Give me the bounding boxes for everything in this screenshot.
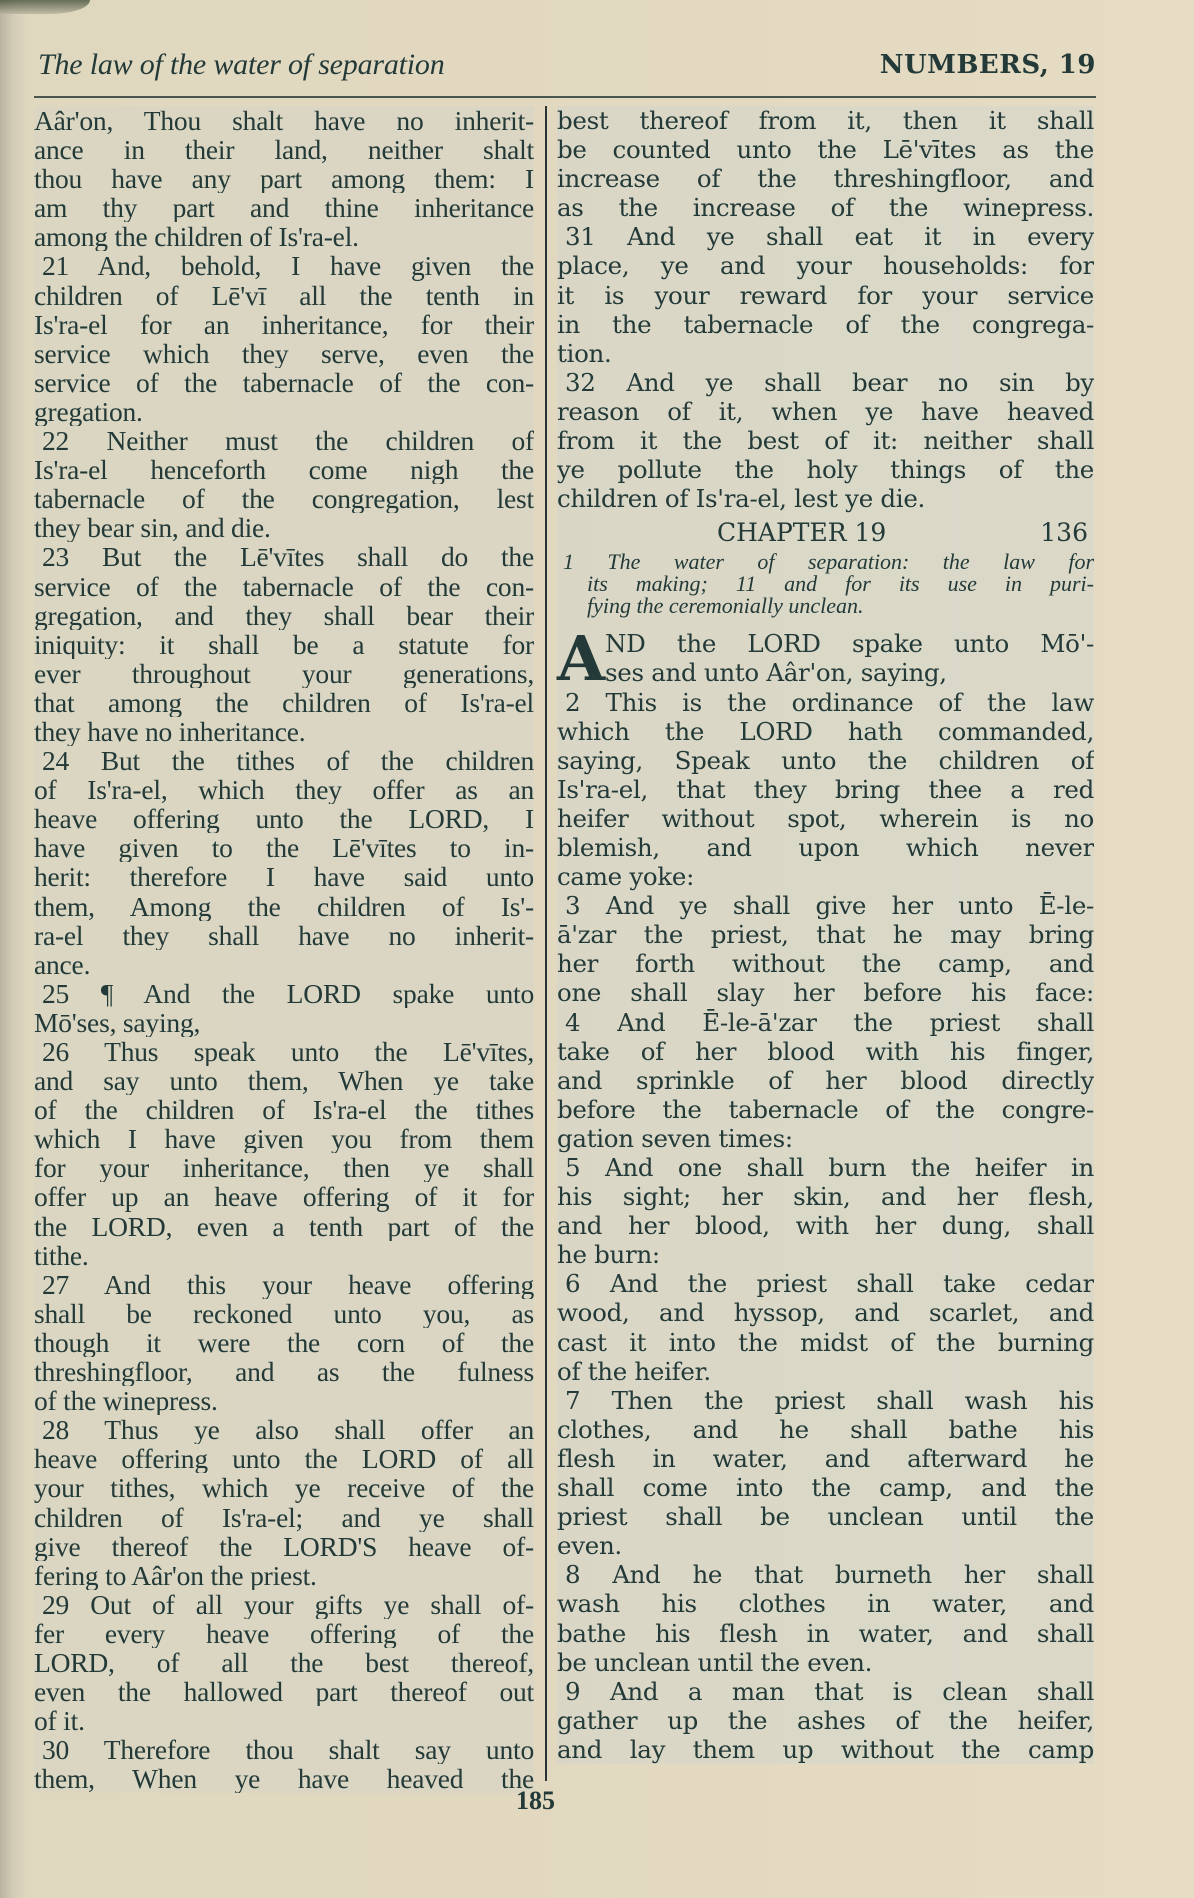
text-line: Aâr'on, Thou shalt have no inherit- xyxy=(34,106,534,135)
text-line: 8 And he that burneth her shall xyxy=(557,1560,1094,1589)
text-line: fer every heave offering of the xyxy=(34,1619,534,1648)
page-corner-shadow xyxy=(0,0,90,14)
text-line: and her blood, with her dung, shall xyxy=(557,1211,1094,1240)
text-line: 31 And ye shall eat it in every xyxy=(557,222,1094,251)
right-column: best thereof from it, then it shallbe co… xyxy=(557,106,1094,1764)
text-line: ance. xyxy=(34,950,534,979)
text-line: clothes, and he shall bathe his xyxy=(557,1415,1094,1444)
text-line: ra-el they shall have no inherit- xyxy=(34,921,534,950)
text-line: and sprinkle of her blood directly xyxy=(557,1066,1094,1095)
text-line: 4 And Ē-le-ā'zar the priest shall xyxy=(557,1008,1094,1037)
text-line: it is your reward for your service xyxy=(557,281,1094,310)
text-line: 2 This is the ordinance of the law xyxy=(557,688,1094,717)
opening-verse: A ND the LORD spake unto Mō'-ses and unt… xyxy=(557,629,1094,687)
text-line: they bear sin, and die. xyxy=(34,513,534,542)
text-line: give thereof the LORD'S heave of- xyxy=(34,1532,534,1561)
text-line: ses and unto Aâr'on, saying, xyxy=(557,658,1094,687)
text-line: them, When ye have heaved the xyxy=(34,1764,534,1793)
text-line: which the LORD hath commanded, xyxy=(557,717,1094,746)
text-line: in the tabernacle of the congrega- xyxy=(557,310,1094,339)
text-line: Is'ra-el, that they bring thee a red xyxy=(557,775,1094,804)
text-line: your tithes, which ye receive of the xyxy=(34,1473,534,1502)
text-line: gregation, and they shall bear their xyxy=(34,601,534,630)
text-line: saying, Speak unto the children of xyxy=(557,746,1094,775)
text-line: tabernacle of the congregation, lest xyxy=(34,484,534,513)
text-line: shall come into the camp, and the xyxy=(557,1473,1094,1502)
text-line: ye pollute the holy things of the xyxy=(557,455,1094,484)
text-line: Is'ra-el henceforth come nigh the xyxy=(34,455,534,484)
text-line: bathe his flesh in water, and shall xyxy=(557,1619,1094,1648)
text-line: service of the tabernacle of the con- xyxy=(34,368,534,397)
text-line: children of Lē'vī all the tenth in xyxy=(34,281,534,310)
text-line: 24 But the tithes of the children xyxy=(34,746,534,775)
text-line: have given to the Lē'vītes to in- xyxy=(34,833,534,862)
running-head-topic: The law of the water of separation xyxy=(38,48,445,82)
text-line: among the children of Is'ra-el. xyxy=(34,222,534,251)
text-line: he burn: xyxy=(557,1240,1094,1269)
text-line: 5 And one shall burn the heifer in xyxy=(557,1153,1094,1182)
text-line: be counted unto the Lē'vītes as the xyxy=(557,135,1094,164)
text-line: increase of the threshingfloor, and xyxy=(557,164,1094,193)
text-line: ND the LORD spake unto Mō'- xyxy=(557,629,1094,658)
text-line: shall be reckoned unto you, as xyxy=(34,1299,534,1328)
text-line: they have no inheritance. xyxy=(34,717,534,746)
drop-cap-lines: ND the LORD spake unto Mō'-ses and unto … xyxy=(557,629,1094,687)
text-line: 7 Then the priest shall wash his xyxy=(557,1386,1094,1415)
text-line: ā'zar the priest, that he may bring xyxy=(557,920,1094,949)
text-line: 29 Out of all your gifts ye shall of- xyxy=(34,1590,534,1619)
text-line: them, Among the children of Is'- xyxy=(34,892,534,921)
left-column: Aâr'on, Thou shalt have no inherit-ance … xyxy=(34,106,534,1793)
text-line: her forth without the camp, and xyxy=(557,949,1094,978)
text-line: before the tabernacle of the congre- xyxy=(557,1095,1094,1124)
text-line: 22 Neither must the children of xyxy=(34,426,534,455)
text-line: ance in their land, neither shalt xyxy=(34,135,534,164)
text-line: reason of it, when ye have heaved xyxy=(557,397,1094,426)
text-line: cast it into the midst of the burning xyxy=(557,1328,1094,1357)
chapter-page-ref: 136 xyxy=(1040,513,1088,553)
text-line: gather up the ashes of the heifer, xyxy=(557,1706,1094,1735)
text-line: of Is'ra-el, which they offer as an xyxy=(34,775,534,804)
text-line: 9 And a man that is clean shall xyxy=(557,1677,1094,1706)
text-line: flesh in water, and afterward he xyxy=(557,1444,1094,1473)
text-line: place, ye and your households: for xyxy=(557,251,1094,280)
drop-cap: A xyxy=(557,631,605,687)
text-line: of the children of Is'ra-el the tithes xyxy=(34,1095,534,1124)
text-line: am thy part and thine inheritance xyxy=(34,193,534,222)
chapter-title: CHAPTER 19 xyxy=(717,513,886,553)
text-line: gregation. xyxy=(34,397,534,426)
right-column-verses-ch18: best thereof from it, then it shallbe co… xyxy=(557,106,1094,513)
text-line: which I have given you from them xyxy=(34,1124,534,1153)
text-line: heave offering unto the LORD, I xyxy=(34,804,534,833)
text-line: best thereof from it, then it shall xyxy=(557,106,1094,135)
text-line: fering to Aâr'on the priest. xyxy=(34,1561,534,1590)
right-column-verses-ch19: 2 This is the ordinance of the lawwhich … xyxy=(557,688,1094,1764)
text-line: take of her blood with his finger, xyxy=(557,1037,1094,1066)
text-line: Is'ra-el for an inheritance, for their xyxy=(34,310,534,339)
text-line: LORD, of all the best thereof, xyxy=(34,1648,534,1677)
text-line: blemish, and upon which never xyxy=(557,833,1094,862)
text-line: wash his clothes in water, and xyxy=(557,1589,1094,1618)
text-line: 26 Thus speak unto the Lē'vītes, xyxy=(34,1037,534,1066)
text-line: 32 And ye shall bear no sin by xyxy=(557,368,1094,397)
text-line: his sight; her skin, and her flesh, xyxy=(557,1182,1094,1211)
text-line: 25 ¶ And the LORD spake unto xyxy=(34,979,534,1008)
text-line: came yoke: xyxy=(557,862,1094,891)
text-line: heifer without spot, wherein is no xyxy=(557,804,1094,833)
text-line: 28 Thus ye also shall offer an xyxy=(34,1415,534,1444)
chapter-summary: 1 The water of separation: the law forit… xyxy=(557,551,1094,617)
text-line: Mō'ses, saying, xyxy=(34,1008,534,1037)
text-line: of it. xyxy=(34,1706,534,1735)
text-line: and lay them up without the camp xyxy=(557,1735,1094,1764)
text-line: its making; 11 and for its use in puri- xyxy=(563,573,1094,595)
text-line: even the hallowed part thereof out xyxy=(34,1677,534,1706)
text-line: 23 But the Lē'vītes shall do the xyxy=(34,542,534,571)
text-line: priest shall be unclean until the xyxy=(557,1502,1094,1531)
text-line: thou have any part among them: I xyxy=(34,164,534,193)
text-line: and say unto them, When ye take xyxy=(34,1066,534,1095)
text-line: that among the children of Is'ra-el xyxy=(34,688,534,717)
text-line: of the heifer. xyxy=(557,1357,1094,1386)
text-line: iniquity: it shall be a statute for xyxy=(34,630,534,659)
text-line: heave offering unto the LORD of all xyxy=(34,1444,534,1473)
header-rule xyxy=(34,96,1096,98)
text-line: of the winepress. xyxy=(34,1386,534,1415)
text-line: the LORD, even a tenth part of the xyxy=(34,1212,534,1241)
running-head-book-chapter: NUMBERS, 19 xyxy=(880,50,1096,80)
text-line: fying the ceremonially unclean. xyxy=(563,595,1094,617)
text-line: be unclean until the even. xyxy=(557,1648,1094,1677)
text-line: as the increase of the winepress. xyxy=(557,193,1094,222)
text-line: 6 And the priest shall take cedar xyxy=(557,1269,1094,1298)
text-line: service which they serve, even the xyxy=(34,339,534,368)
running-head: The law of the water of separation NUMBE… xyxy=(38,48,1096,88)
text-line: service of the tabernacle of the con- xyxy=(34,572,534,601)
text-line: one shall slay her before his face: xyxy=(557,978,1094,1007)
text-line: children of Is'ra-el; and ye shall xyxy=(34,1503,534,1532)
text-line: 3 And ye shall give her unto Ē-le- xyxy=(557,891,1094,920)
text-line: for your inheritance, then ye shall xyxy=(34,1153,534,1182)
text-line: offer up an heave offering of it for xyxy=(34,1182,534,1211)
text-line: wood, and hyssop, and scarlet, and xyxy=(557,1298,1094,1327)
text-line: gation seven times: xyxy=(557,1124,1094,1153)
text-line: herit: therefore I have said unto xyxy=(34,862,534,891)
text-line: 30 Therefore thou shalt say unto xyxy=(34,1735,534,1764)
text-line: 27 And this your heave offering xyxy=(34,1270,534,1299)
text-line: even. xyxy=(557,1531,1094,1560)
text-line: ever throughout your generations, xyxy=(34,659,534,688)
text-line: 21 And, behold, I have given the xyxy=(34,251,534,280)
text-line: tion. xyxy=(557,339,1094,368)
chapter-heading: CHAPTER 19 136 xyxy=(557,513,1094,551)
text-line: 1 The water of separation: the law for xyxy=(563,551,1094,573)
text-line: threshingfloor, and as the fulness xyxy=(34,1357,534,1386)
column-divider xyxy=(545,106,547,1781)
text-line: from it the best of it: neither shall xyxy=(557,426,1094,455)
page-number: 185 xyxy=(516,1786,555,1816)
text-line: children of Is'ra-el, lest ye die. xyxy=(557,484,1094,513)
text-line: tithe. xyxy=(34,1241,534,1270)
text-line: though it were the corn of the xyxy=(34,1328,534,1357)
